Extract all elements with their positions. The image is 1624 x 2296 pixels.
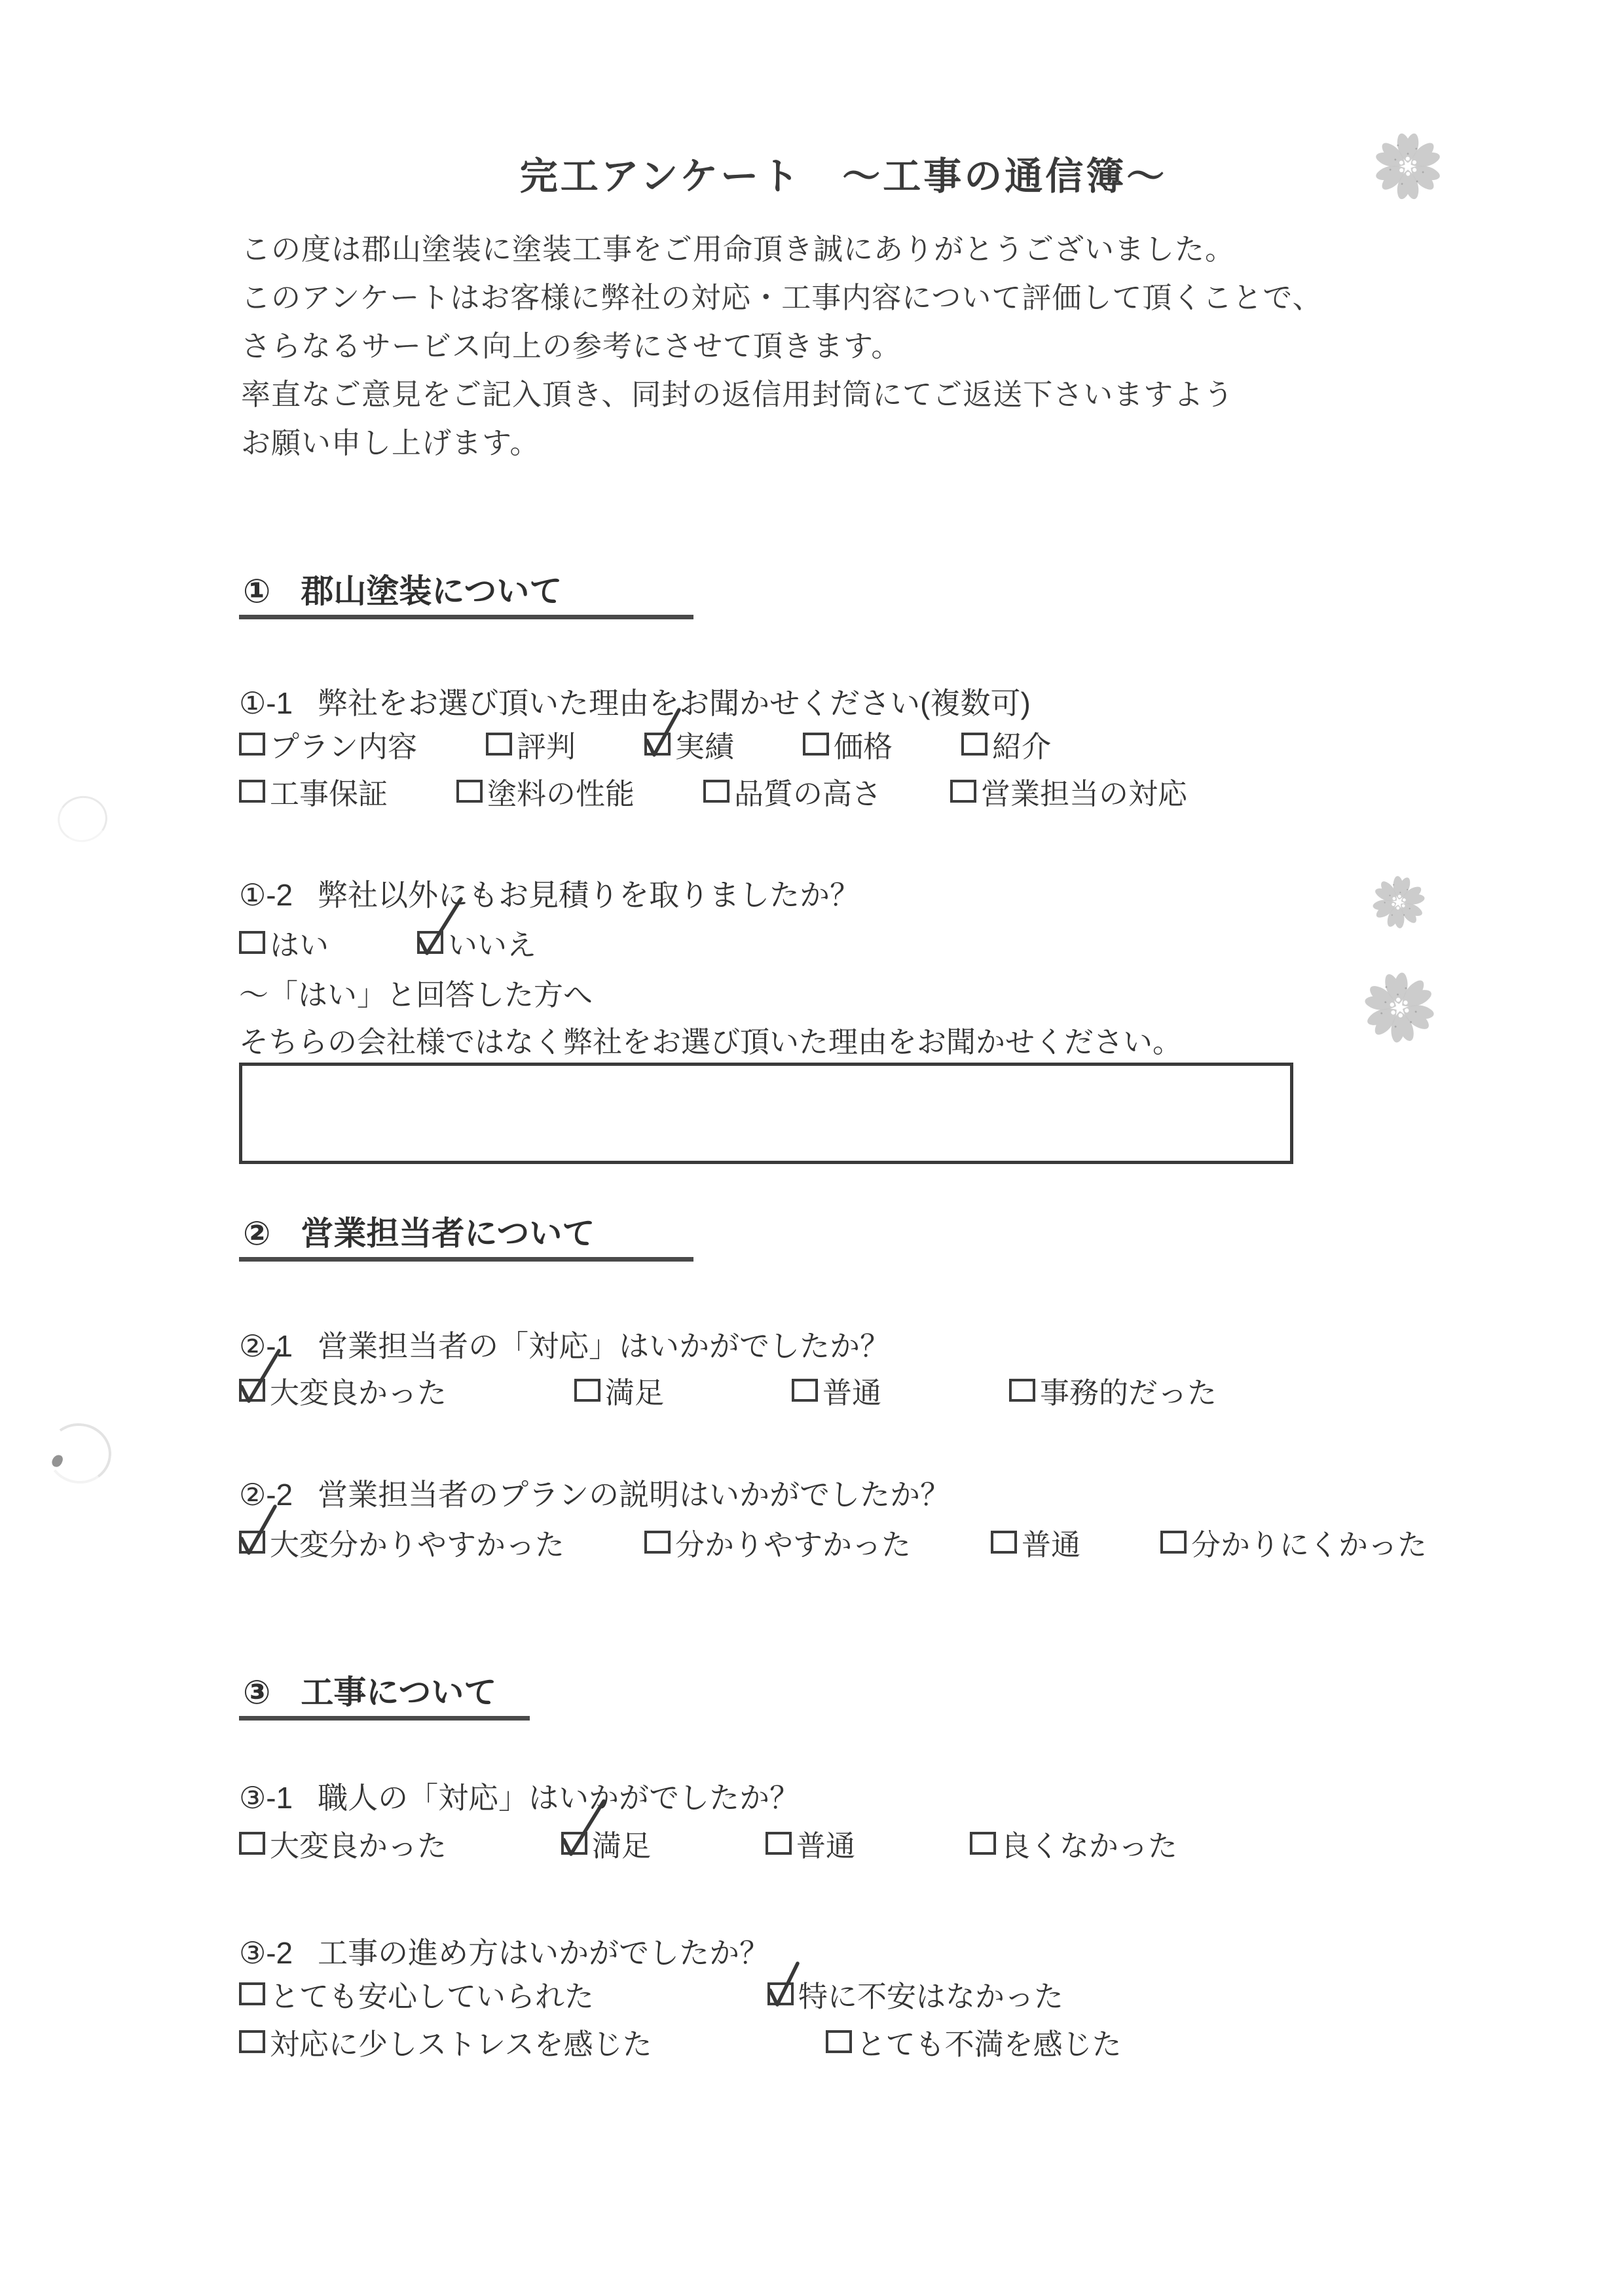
intro-paragraph: この度は郡山塗装に塗装工事をご用命頂き誠にありがとうございました。このアンケート… [241, 225, 1323, 467]
section-title: 営業担当者について [301, 1215, 595, 1252]
checkbox-option[interactable]: 工事保証 [239, 770, 388, 812]
intro-line: このアンケートはお客様に弊社の対応・工事内容について評価して頂くことで、 [241, 274, 1323, 322]
checkbox-option[interactable]: いいえ [417, 921, 536, 964]
question-body: 弊社以外にもお見積りを取りましたか？ [318, 878, 860, 912]
checkbox[interactable] [961, 733, 987, 756]
checkbox-option[interactable]: 普通 [991, 1521, 1080, 1563]
option-label: 分かりやすかった [675, 1521, 911, 1563]
section-header: ①郡山塗装について [239, 573, 693, 619]
checkbox-option[interactable]: 価格 [803, 723, 893, 765]
option-label: 普通 [1022, 1521, 1080, 1563]
checkbox-option[interactable]: 大変良かった [239, 1369, 447, 1412]
checkbox[interactable] [644, 733, 671, 756]
intro-line: お願い申し上げます。 [241, 419, 1323, 467]
question-text: ①-1弊社をお選び頂いた理由をお聞かせください(複数可) [239, 684, 1405, 722]
section-title: 郡山塗装について [301, 573, 562, 610]
option-label: いいえ [448, 921, 536, 964]
option-label: 普通 [796, 1822, 855, 1865]
question-number: ①-2 [239, 878, 293, 912]
checkbox-option[interactable]: 分かりやすかった [644, 1521, 911, 1563]
intro-line: 率直なご意見をご記入頂き、同封の返信用封筒にてご返送下さいますよう [241, 371, 1323, 419]
intro-line: この度は郡山塗装に塗装工事をご用命頂き誠にありがとうございました。 [241, 225, 1323, 274]
options-row: 工事保証塗料の性能品質の高さ営業担当の対応 [239, 769, 1405, 812]
question-number: ③-2 [239, 1936, 293, 1970]
option-label: 品質の高さ [734, 770, 881, 812]
option-label: 大変良かった [270, 1369, 447, 1412]
option-label: 工事保証 [270, 770, 388, 812]
checkbox[interactable] [803, 733, 829, 756]
checkbox-option[interactable]: はい [239, 921, 329, 964]
checkbox[interactable] [826, 2030, 852, 2053]
checkbox-option[interactable]: 大変分かりやすかった [239, 1521, 564, 1563]
checkbox-option[interactable]: 大変良かった [239, 1822, 447, 1865]
checkbox[interactable] [1160, 1531, 1187, 1554]
hole-punch-mark [43, 1419, 115, 1488]
followup-note: ～「はい」と回答した方へ [239, 976, 1405, 1014]
survey-content: ①郡山塗装について①-1弊社をお選び頂いた理由をお聞かせください(複数可)プラン… [239, 563, 1405, 2063]
section-header: ③工事について [239, 1674, 530, 1721]
option-label: 評判 [517, 723, 576, 765]
checkbox-option[interactable]: 評判 [486, 723, 576, 765]
options-row: プラン内容評判実績価格紹介 [239, 722, 1405, 765]
checkbox[interactable] [239, 1832, 265, 1855]
option-label: 紹介 [992, 723, 1051, 765]
checkbox[interactable] [456, 780, 483, 803]
options-row: はいいいえ [239, 920, 1405, 964]
checkbox-option[interactable]: 対応に少しストレスを感じた [239, 2020, 652, 2063]
checkbox-option[interactable]: 普通 [792, 1369, 881, 1412]
checkbox[interactable] [239, 1531, 265, 1554]
question-text: ②-2営業担当者のプランの説明はいかがでしたか？ [239, 1476, 1405, 1514]
hole-punch-mark [54, 792, 112, 847]
checkbox-option[interactable]: 事務的だった [1009, 1369, 1217, 1412]
checkbox[interactable] [767, 1982, 794, 2005]
checkbox[interactable] [766, 1832, 792, 1855]
option-label: 対応に少しストレスを感じた [270, 2020, 652, 2063]
scanned-survey-page: { "page_title": "完工アンケート ～工事の通信簿～", "int… [0, 0, 1624, 2296]
question-body: 営業担当者のプランの説明はいかがでしたか？ [318, 1478, 950, 1512]
sakura-stamp-icon [1361, 865, 1436, 939]
checkbox[interactable] [561, 1832, 587, 1855]
checkbox[interactable] [1009, 1379, 1035, 1402]
checkbox-option[interactable]: 品質の高さ [703, 770, 881, 812]
checkbox-option[interactable]: 実績 [644, 723, 734, 765]
option-label: 価格 [834, 723, 893, 765]
section-number-icon: ② [243, 1215, 270, 1252]
checkbox-option[interactable]: 満足 [561, 1822, 651, 1865]
section-title: 工事について [301, 1674, 496, 1711]
intro-line: さらなるサービス向上の参考にさせて頂きます。 [241, 322, 1323, 371]
sakura-stamp-icon [1366, 124, 1450, 208]
checkbox[interactable] [703, 780, 729, 803]
options-row: 大変良かった満足普通良くなかった [239, 1821, 1405, 1865]
options-row: 大変分かりやすかった分かりやすかった普通分かりにくかった [239, 1520, 1405, 1563]
checkbox[interactable] [970, 1832, 996, 1855]
question-text: ③-2工事の進め方はいかがでしたか？ [239, 1934, 1405, 1972]
option-label: プラン内容 [270, 723, 417, 765]
option-label: 満足 [605, 1369, 664, 1412]
checkbox[interactable] [239, 733, 265, 756]
checkbox-option[interactable]: 良くなかった [970, 1822, 1177, 1865]
section-number-icon: ① [243, 573, 270, 610]
question-number: ①-1 [239, 686, 293, 720]
checkbox-option[interactable]: 塗料の性能 [456, 770, 635, 812]
question-number: ②-2 [239, 1478, 293, 1512]
option-label: 分かりにくかった [1191, 1521, 1427, 1563]
options-row: 大変良かった満足普通事務的だった [239, 1368, 1405, 1412]
checkbox[interactable] [950, 780, 976, 803]
checkbox-option[interactable]: 普通 [766, 1822, 855, 1865]
checkbox-option[interactable]: 営業担当の対応 [950, 770, 1187, 812]
sakura-stamp-icon [1350, 958, 1448, 1056]
option-label: 良くなかった [1001, 1822, 1177, 1865]
option-label: 満足 [592, 1822, 651, 1865]
followup-question: そちらの会社様ではなく弊社をお選び頂いた理由をお聞かせください。 [239, 1023, 1405, 1061]
checkbox-option[interactable]: 紹介 [961, 723, 1051, 765]
checkbox[interactable] [239, 1982, 265, 2005]
checkbox-option[interactable]: 満足 [574, 1369, 664, 1412]
checkbox[interactable] [991, 1531, 1017, 1554]
question-text: ②-1営業担当者の「対応」はいかがでしたか？ [239, 1327, 1405, 1365]
checkbox[interactable] [239, 2030, 265, 2053]
question-body: 工事の進め方はいかがでしたか？ [318, 1936, 769, 1970]
checkbox[interactable] [486, 733, 512, 756]
checkbox[interactable] [574, 1379, 600, 1402]
option-label: 普通 [822, 1369, 881, 1412]
question-text: ①-2弊社以外にもお見積りを取りましたか？ [239, 876, 1405, 914]
checkbox[interactable] [417, 931, 443, 954]
checkbox-option[interactable]: とても安心していられた [239, 1973, 594, 2015]
checkbox[interactable] [644, 1531, 671, 1554]
options-row: 対応に少しストレスを感じたとても不満を感じた [239, 2020, 1405, 2063]
option-label: 大変良かった [270, 1822, 447, 1865]
answer-box[interactable] [239, 1063, 1293, 1164]
option-label: 実績 [675, 723, 734, 765]
checkbox[interactable] [792, 1379, 818, 1402]
section-header: ②営業担当者について [239, 1215, 693, 1262]
option-label: 事務的だった [1040, 1369, 1217, 1412]
checkbox[interactable] [239, 931, 265, 954]
question-number: ③-1 [239, 1781, 293, 1815]
options-row: とても安心していられた特に不安はなかった [239, 1972, 1405, 2015]
question-body: 職人の「対応」はいかがでしたか？ [318, 1781, 800, 1815]
checkbox[interactable] [239, 1379, 265, 1402]
checkbox[interactable] [239, 780, 265, 803]
option-label: 大変分かりやすかった [270, 1521, 564, 1563]
option-label: 営業担当の対応 [981, 770, 1187, 812]
question-number: ②-1 [239, 1329, 293, 1363]
question-body: 弊社をお選び頂いた理由をお聞かせください(複数可) [318, 686, 1031, 720]
checkbox-option[interactable]: 特に不安はなかった [767, 1973, 1063, 2015]
option-label: はい [270, 921, 329, 964]
checkbox-option[interactable]: 分かりにくかった [1160, 1521, 1427, 1563]
option-label: とても不満を感じた [857, 2020, 1122, 2063]
checkbox-option[interactable]: プラン内容 [239, 723, 417, 765]
option-label: とても安心していられた [270, 1973, 594, 2015]
question-body: 営業担当者の「対応」はいかがでしたか？ [318, 1329, 890, 1363]
section-number-icon: ③ [243, 1674, 270, 1711]
option-label: 塗料の性能 [487, 770, 635, 812]
checkbox-option[interactable]: とても不満を感じた [826, 2020, 1122, 2063]
option-label: 特に不安はなかった [798, 1973, 1063, 2015]
question-text: ③-1職人の「対応」はいかがでしたか？ [239, 1779, 1405, 1817]
